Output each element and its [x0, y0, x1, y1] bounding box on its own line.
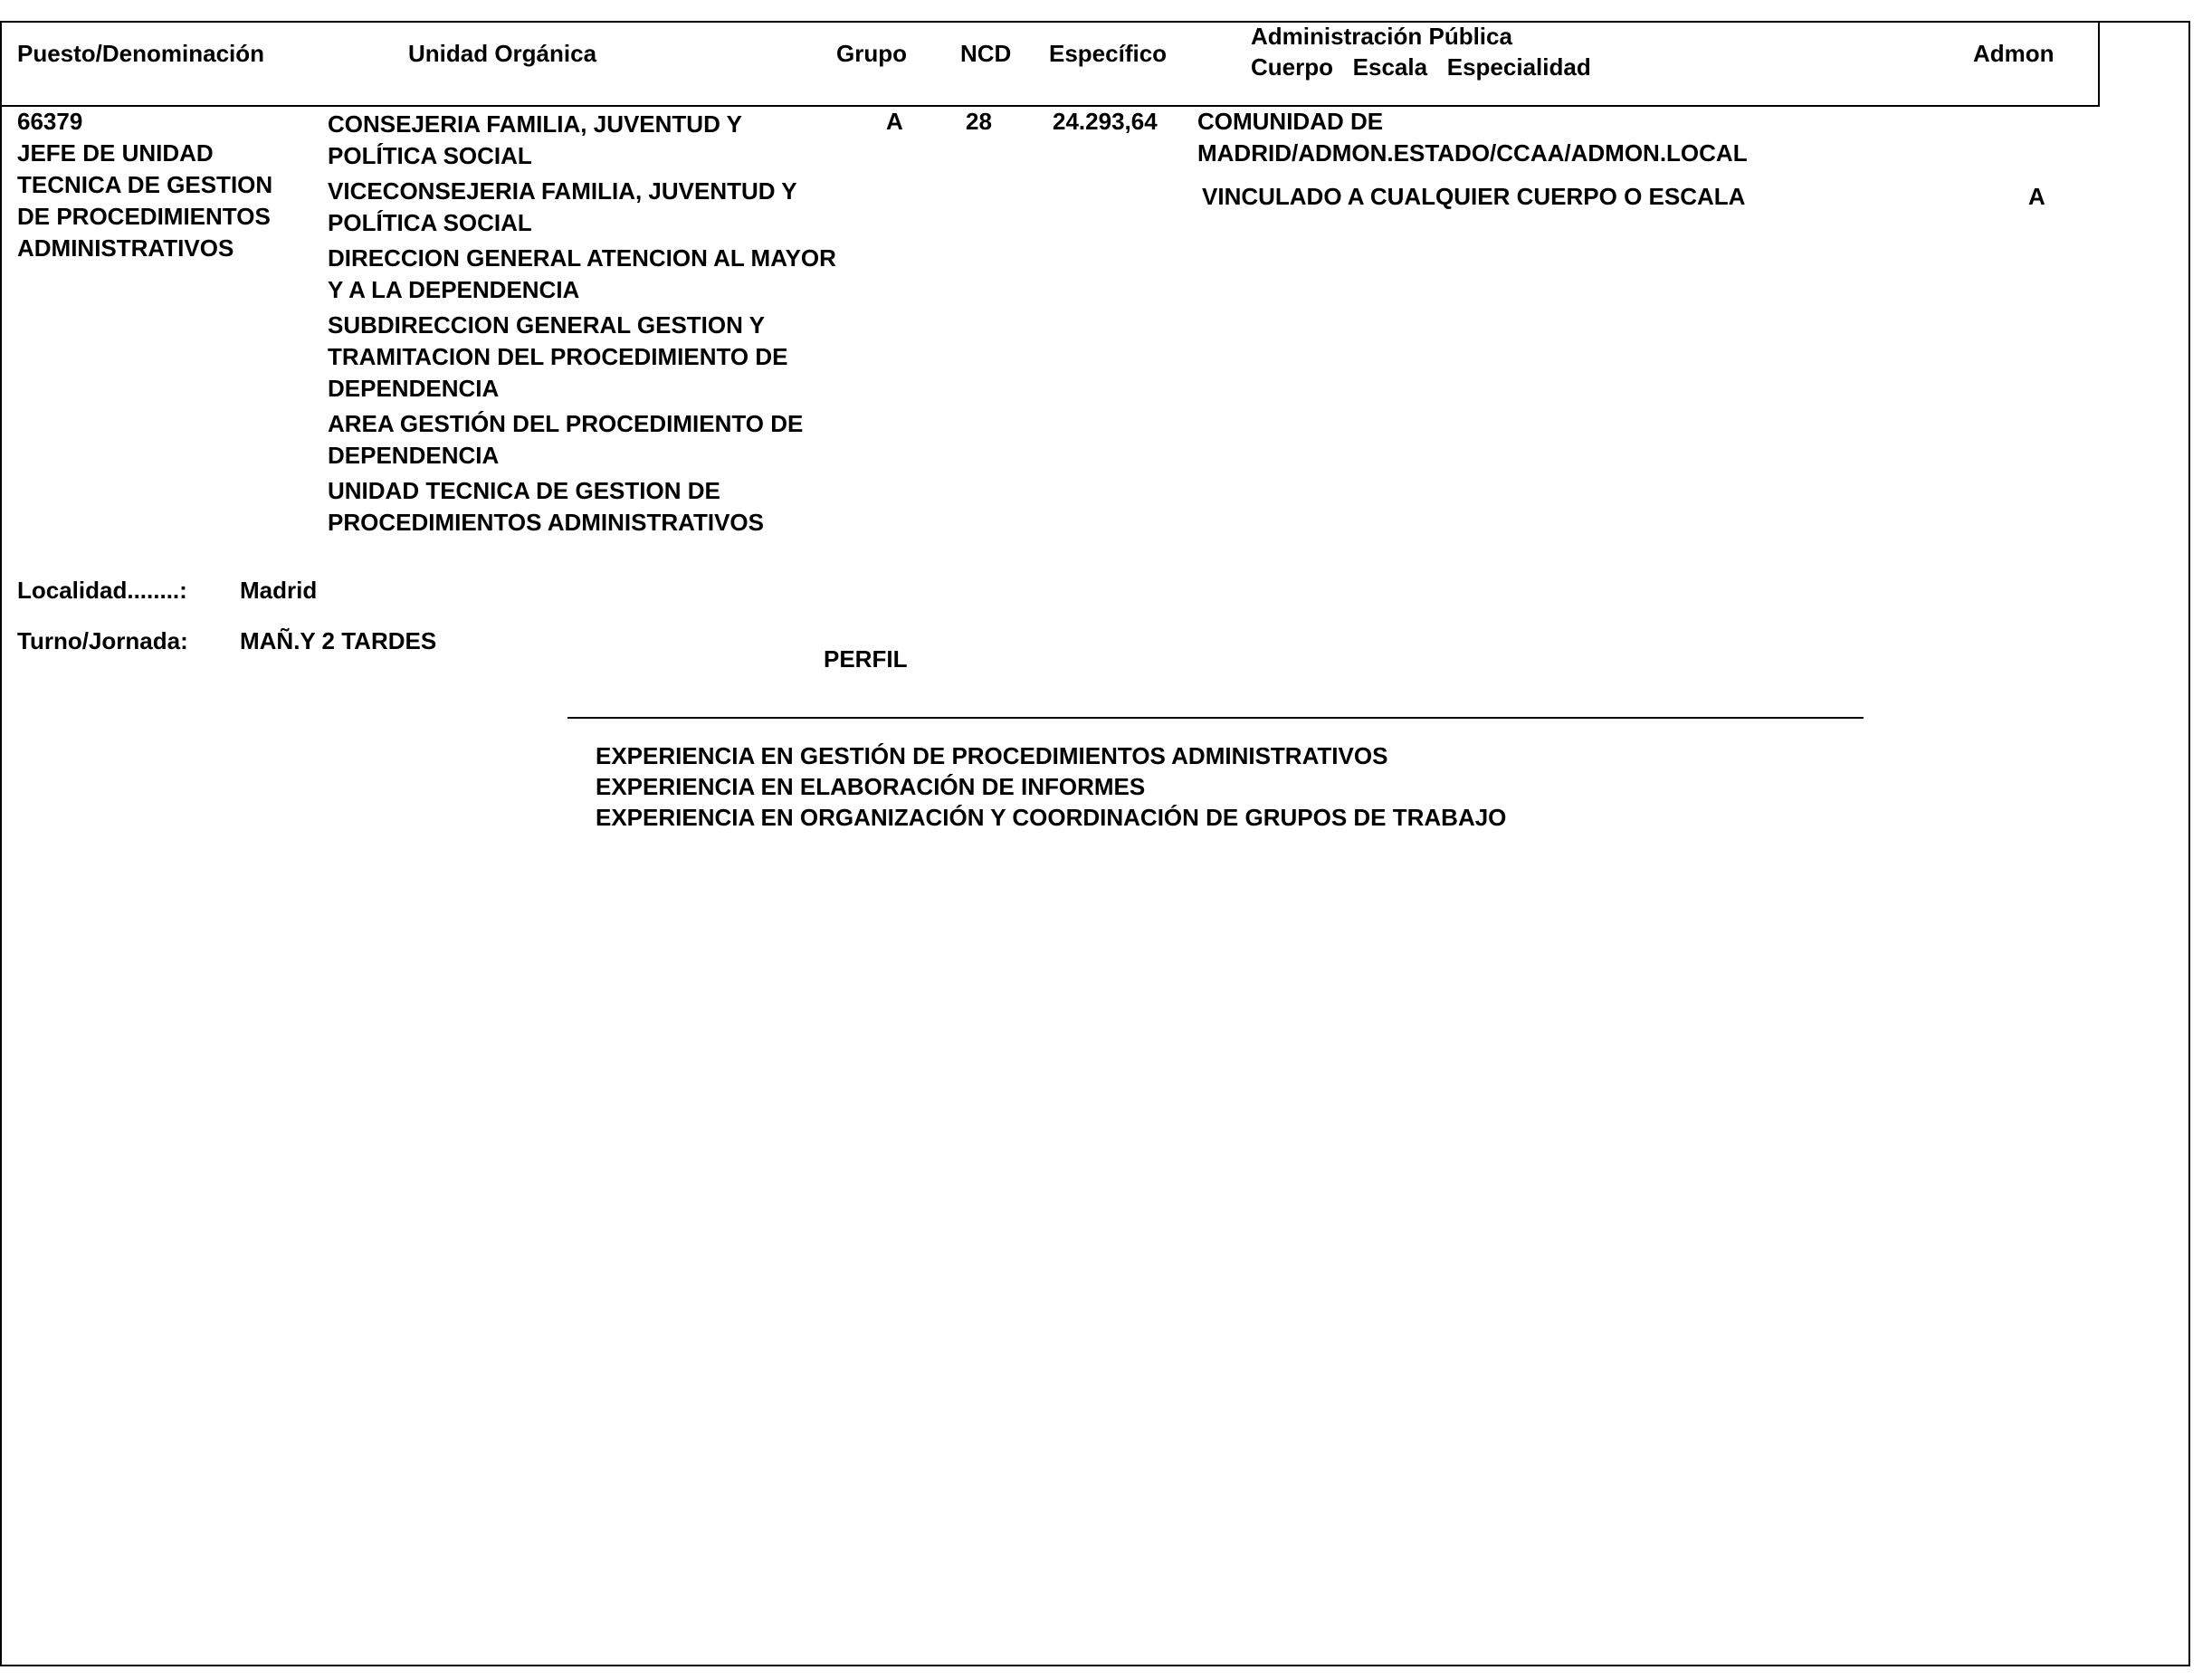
cuerpo-value: VINCULADO A CUALQUIER CUERPO O ESCALA [1202, 181, 1745, 213]
header-unidad: Unidad Orgánica [408, 40, 596, 68]
especifico-value: 24.293,64 [1053, 106, 1158, 138]
puesto-line: TECNICA DE GESTION [17, 169, 272, 201]
header-admin-sub: Cuerpo Escala Especialidad [1251, 53, 1591, 81]
ncd-value: 28 [966, 106, 992, 138]
header-especifico: Específico [1049, 40, 1167, 68]
unidad-entry: CONSEJERIA FAMILIA, JUVENTUD Y POLÍTICA … [328, 109, 853, 172]
admin-publica-line2: MADRID/ADMON.ESTADO/CCAA/ADMON.LOCAL [1197, 138, 1748, 169]
header-ncd: NCD [960, 40, 1011, 68]
header-puesto: Puesto/Denominación [17, 40, 264, 68]
header-admin-publica: Administración Pública [1251, 23, 1512, 51]
puesto-line: DE PROCEDIMIENTOS [17, 201, 272, 233]
unidad-entry: SUBDIRECCION GENERAL GESTION Y TRAMITACI… [328, 310, 853, 405]
perfil-list: EXPERIENCIA EN GESTIÓN DE PROCEDIMIENTOS… [596, 740, 1506, 833]
perfil-title: PERFIL [824, 644, 907, 675]
localidad-value: Madrid [240, 575, 317, 606]
perfil-item: EXPERIENCIA EN ELABORACIÓN DE INFORMES [596, 771, 1506, 802]
puesto-cell: 66379 JEFE DE UNIDAD TECNICA DE GESTION … [17, 106, 272, 264]
puesto-line: ADMINISTRATIVOS [17, 233, 272, 264]
turno-label: Turno/Jornada: [17, 625, 188, 657]
localidad-label: Localidad........: [17, 575, 187, 606]
grupo-value: A [886, 106, 903, 138]
unidad-entry: AREA GESTIÓN DEL PROCEDIMIENTO DE DEPEND… [328, 408, 853, 472]
puesto-code: 66379 [17, 106, 272, 138]
admon-value: A [2028, 181, 2045, 213]
puesto-line: JEFE DE UNIDAD [17, 138, 272, 169]
header-admon: Admon [1973, 40, 2055, 68]
unidad-entry: VICECONSEJERIA FAMILIA, JUVENTUD Y POLÍT… [328, 176, 853, 239]
unidad-organica-cell: CONSEJERIA FAMILIA, JUVENTUD Y POLÍTICA … [328, 109, 853, 542]
header-grupo: Grupo [836, 40, 907, 68]
unidad-entry: UNIDAD TECNICA DE GESTION DE PROCEDIMIEN… [328, 475, 853, 539]
turno-value: MAÑ.Y 2 TARDES [240, 625, 436, 657]
unidad-entry: DIRECCION GENERAL ATENCION AL MAYOR Y A … [328, 243, 853, 306]
admin-publica-line1: COMUNIDAD DE [1197, 106, 1383, 138]
perfil-item: EXPERIENCIA EN ORGANIZACIÓN Y COORDINACI… [596, 802, 1506, 833]
perfil-item: EXPERIENCIA EN GESTIÓN DE PROCEDIMIENTOS… [596, 740, 1506, 771]
perfil-divider [567, 717, 1864, 719]
